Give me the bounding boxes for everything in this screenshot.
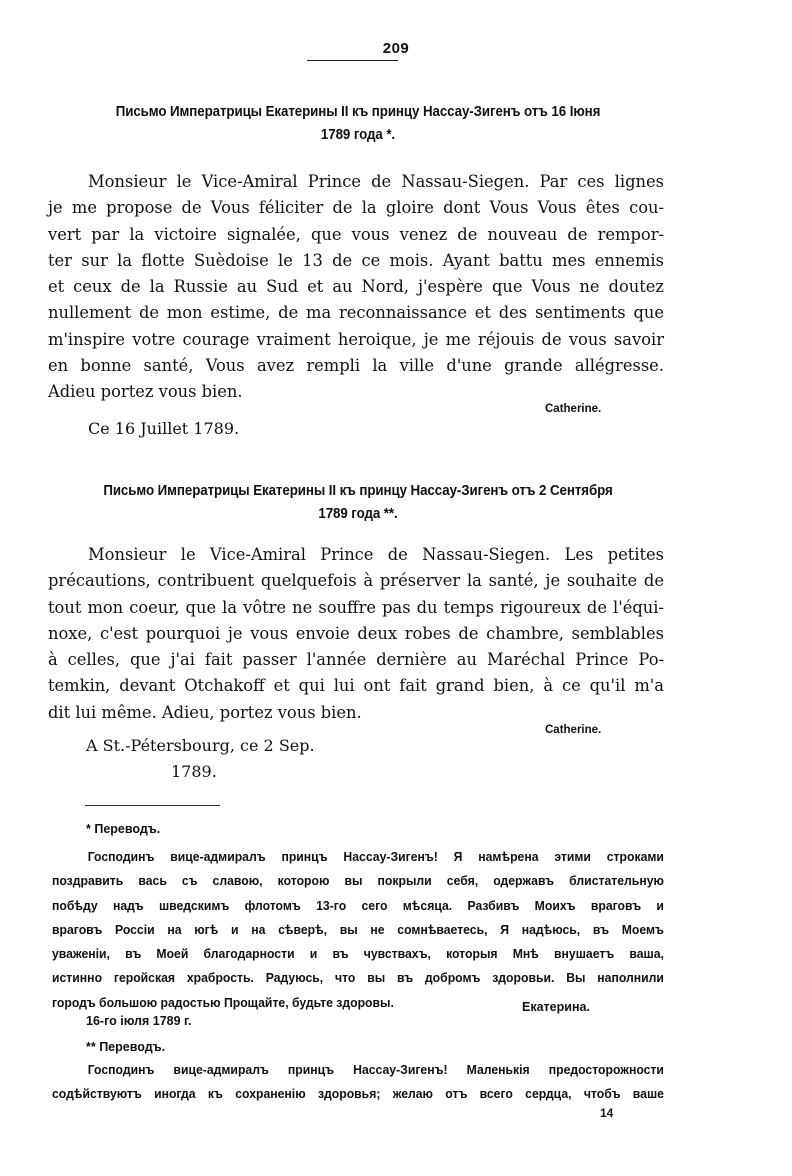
letter-2-heading: Письмо Императрицы Екатерины II къ принц… <box>76 480 639 526</box>
body-line: précautions, contribuent quelquefois à p… <box>48 568 664 594</box>
footnote-2-text: Господинъ вице-адмиралъ принцъ Нассау-Зи… <box>52 1058 664 1107</box>
footnote-line: истинно геройская храбрость. Радуюсь, чт… <box>52 966 664 990</box>
footnote-1-signature: Екатерина. <box>522 1000 590 1014</box>
letter-2-date-line-2: 1789. <box>171 759 217 785</box>
heading-line: 1789 года *. <box>76 124 639 147</box>
footnote-line: побѣду надъ шведскимъ флотомъ 13-го сего… <box>52 894 664 918</box>
letter-1-signature: Catherine. <box>545 403 601 415</box>
footnote-2-label: ** Переводъ. <box>86 1040 165 1054</box>
heading-line: Письмо Императрицы Екатерины II къ принц… <box>76 480 639 503</box>
footnote-line: поздравить вась съ славою, которою вы по… <box>52 869 664 893</box>
body-line: noxe, c'est pourquoi je vous envoie deux… <box>48 621 664 647</box>
body-line: Monsieur le Vice-Amiral Prince de Nassau… <box>48 169 664 195</box>
letter-1-body: Monsieur le Vice-Amiral Prince de Nassau… <box>48 169 664 406</box>
footnote-line: враговъ Россіи на югѣ и на сѣверѣ, вы не… <box>52 918 664 942</box>
body-line: nullement de mon estime, de ma reconnais… <box>48 300 664 326</box>
sheet-signature-number: 14 <box>600 1106 613 1120</box>
page-number-rule <box>307 60 398 61</box>
heading-line: 1789 года **. <box>76 503 639 526</box>
footnote-line: Господинъ вице-адмиралъ принцъ Нассау-Зи… <box>52 1058 664 1082</box>
letter-2-signature: Catherine. <box>545 724 601 736</box>
footnote-line: содѣйствуютъ иногда къ сохраненію здоров… <box>52 1082 664 1106</box>
body-line: ter sur la flotte Suèdoise le 13 de ce m… <box>48 248 664 274</box>
letter-2-date-line-1: A St.-Pétersbourg, ce 2 Sep. <box>86 733 315 759</box>
body-line: m'inspire votre courage vraiment heroiqu… <box>48 327 664 353</box>
body-line: et ceux de la Russie au Sud et au Nord, … <box>48 274 664 300</box>
footnote-line: уваженіи, въ Моей благодарности и въ чув… <box>52 942 664 966</box>
heading-line: Письмо Императрицы Екатерины II къ принц… <box>76 101 639 124</box>
body-line: tout mon coeur, que la vôtre ne souffre … <box>48 595 664 621</box>
body-line: Adieu portez vous bien. <box>48 379 664 405</box>
body-line: à celles, que j'ai fait passer l'année d… <box>48 647 664 673</box>
body-line: dit lui même. Adieu, portez vous bien. <box>48 700 664 726</box>
page-number: 209 <box>0 40 792 57</box>
footnote-rule <box>85 805 220 806</box>
body-line: je me propose de Vous féliciter de la gl… <box>48 195 664 221</box>
letter-1-date: Ce 16 Juillet 1789. <box>88 416 239 442</box>
body-line: temkin, devant Otchakoff et qui lui ont … <box>48 673 664 699</box>
body-line: Monsieur le Vice-Amiral Prince de Nassau… <box>48 542 664 568</box>
footnote-1-text: Господинъ вице-адмиралъ принцъ Нассау-Зи… <box>52 845 664 1015</box>
letter-2-body: Monsieur le Vice-Amiral Prince de Nassau… <box>48 542 664 726</box>
body-line: vert par la victoire signalée, que vous … <box>48 222 664 248</box>
body-line: en bonne santé, Vous avez rempli la vill… <box>48 353 664 379</box>
footnote-1-date: 16-го іюля 1789 г. <box>86 1014 191 1028</box>
footnote-line: Господинъ вице-адмиралъ принцъ Нассау-Зи… <box>52 845 664 869</box>
letter-1-heading: Письмо Императрицы Екатерины II къ принц… <box>76 101 639 147</box>
footnote-1-label: * Переводъ. <box>86 822 160 836</box>
